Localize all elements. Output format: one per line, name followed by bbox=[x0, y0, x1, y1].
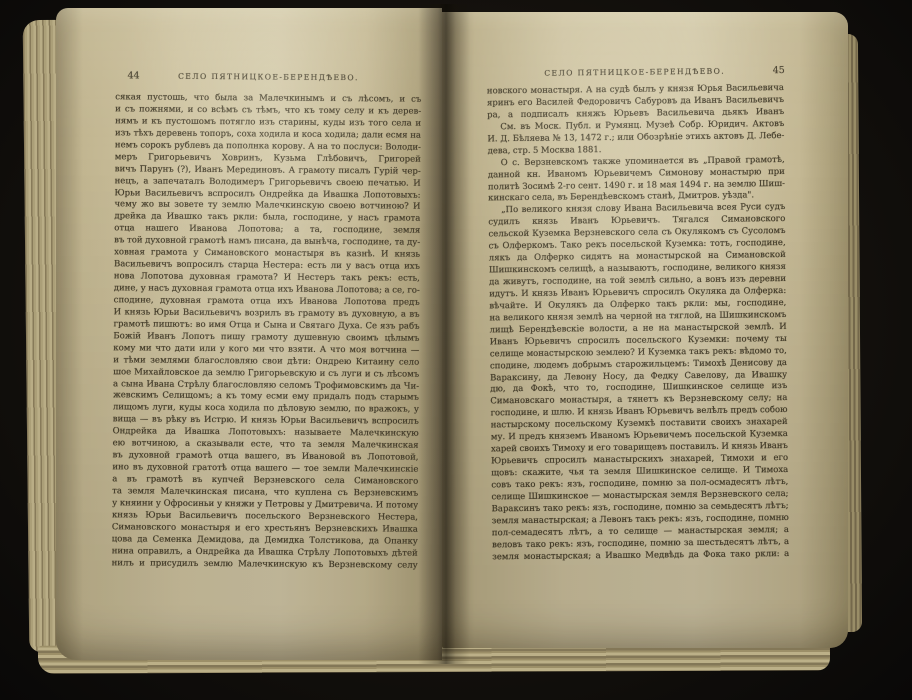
left-page: 44 СЕЛО ПЯТНИЦКОЕ-БЕРЕНДѢЕВО. сякая пуст… bbox=[56, 8, 442, 660]
paragraph-note: О с. Верзневскомъ также упоминается въ „… bbox=[488, 155, 786, 206]
text-line: нилъ и присудилъ землю Малечкинскую къ В… bbox=[112, 558, 418, 572]
right-page-number: 45 bbox=[773, 65, 785, 76]
right-page: СЕЛО ПЯТНИЦКОЕ-БЕРЕНДѢЕВО. 45 новского м… bbox=[442, 12, 848, 648]
paragraph-citation: См. въ Моск. Публ. и Румянц. Музеѣ Собр.… bbox=[487, 119, 784, 158]
photo-background: 44 СЕЛО ПЯТНИЦКОЕ-БЕРЕНДѢЕВО. сякая пуст… bbox=[0, 0, 912, 700]
left-running-title: СЕЛО ПЯТНИЦКОЕ-БЕРЕНДѢЕВО. bbox=[115, 71, 421, 82]
left-page-content: 44 СЕЛО ПЯТНИЦКОЕ-БЕРЕНДѢЕВО. сякая пуст… bbox=[51, 7, 442, 662]
paragraph-document-end: новского монастыря. А на судѣ былъ у кня… bbox=[487, 83, 784, 122]
paragraph-court-record: „По великого князя слову Ивана Васильеви… bbox=[488, 202, 789, 563]
text-line: земля монастырская; а Ивашко Медвѣдь да … bbox=[492, 549, 789, 564]
left-page-text: сякая пустошь, что была за Малечкинымъ и… bbox=[112, 92, 422, 572]
right-running-title: СЕЛО ПЯТНИЦКОЕ-БЕРЕНДѢЕВО. bbox=[487, 66, 783, 78]
right-page-text: новского монастыря. А на судѣ былъ у кня… bbox=[487, 83, 789, 564]
right-page-content: СЕЛО ПЯТНИЦКОЕ-БЕРЕНДѢЕВО. 45 новского м… bbox=[442, 9, 855, 650]
